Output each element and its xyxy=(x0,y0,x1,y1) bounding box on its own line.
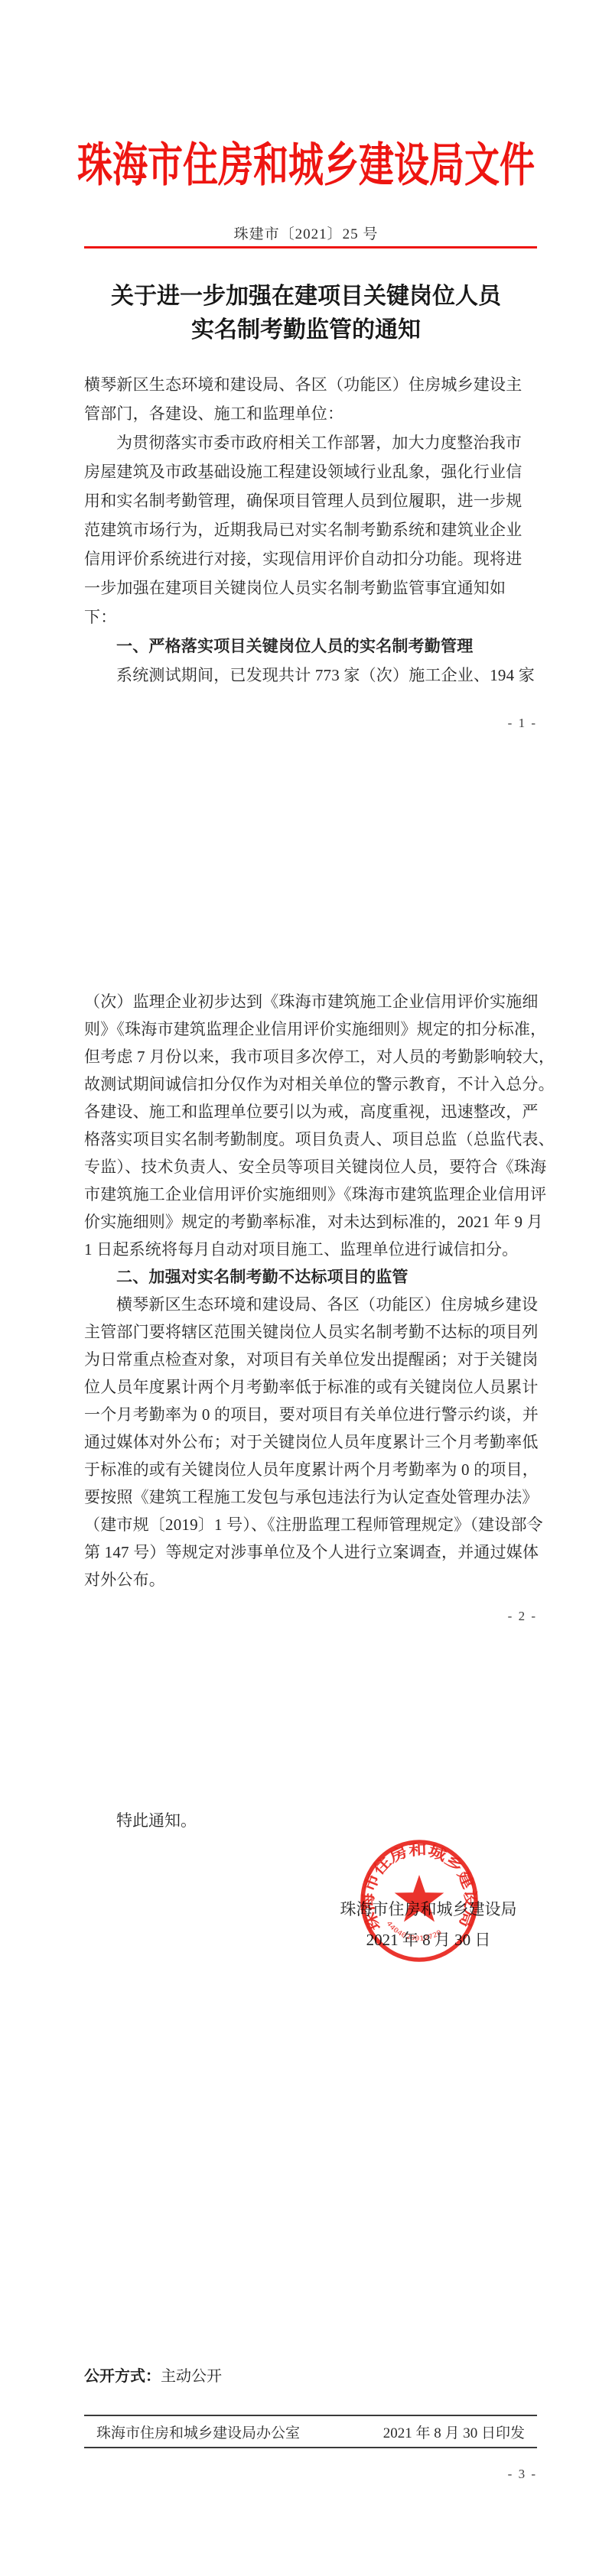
document-title-line1: 关于进一步加强在建项目关键岗位人员 xyxy=(0,280,612,313)
body-line: （次）监理企业初步达到《珠海市建筑施工企业信用评价实施细 xyxy=(84,988,537,1015)
page-number-1: - 1 - xyxy=(445,716,537,731)
document-title: 关于进一步加强在建项目关键岗位人员 实名制考勤监管的通知 xyxy=(0,280,612,347)
body-line: 管部门，各建设、施工和监理单位： xyxy=(84,399,537,428)
document-number: 珠建市〔2021〕25 号 xyxy=(0,223,612,243)
red-separator-rule xyxy=(84,246,537,249)
body-line: 但考虑 7 月份以来，我市项目多次停工，对人员的考勤影响较大， xyxy=(84,1043,537,1070)
body-line: 信用评价系统进行对接，实现信用评价自动扣分功能。现将进 xyxy=(84,544,537,573)
body-line: 价实施细则》规定的考勤率标准，对未达到标准的，2021 年 9 月 xyxy=(84,1208,537,1236)
masthead-title: 珠海市住房和城乡建设局文件 xyxy=(0,128,612,195)
body-line: 横琴新区生态环境和建设局、各区（功能区）住房城乡建设主 xyxy=(84,370,537,399)
body-line: 于标准的或有关键岗位人员年度累计两个月考勤率为 0 的项目， xyxy=(84,1456,537,1483)
official-red-seal: 珠海市住房和城乡建设局 4404020012720 xyxy=(358,1838,480,1964)
closing-line: 特此通知。 xyxy=(84,1806,537,1835)
body-line: 1 日起系统将每月自动对项目施工、监理单位进行诚信扣分。 xyxy=(84,1236,537,1263)
body-line: 格落实项目实名制考勤制度。项目负责人、项目总监（总监代表、 xyxy=(84,1126,537,1153)
seal-star-icon xyxy=(395,1875,444,1922)
section-heading-1: 一、严格落实项目关键岗位人员的实名制考勤管理 xyxy=(84,632,537,661)
body-line: 为日常重点检查对象，对项目有关单位发出提醒函；对于关键岗 xyxy=(84,1346,537,1373)
body-line: （建市规〔2019〕1 号）、《注册监理工程师管理规定》（建设部令 xyxy=(84,1511,537,1538)
body-line: 故测试期间诚信扣分仅作为对相关单位的警示教育，不计入总分。 xyxy=(84,1070,537,1098)
body-line: 为贯彻落实市委市政府相关工作部署，加大力度整治我市 xyxy=(84,428,537,457)
body-line: 主管部门要将辖区范围关键岗位人员实名制考勤不达标的项目列 xyxy=(84,1318,537,1346)
section-heading-2: 二、加强对实名制考勤不达标项目的监管 xyxy=(84,1263,537,1291)
document-title-line2: 实名制考勤监管的通知 xyxy=(0,313,612,347)
body-line: 对外公布。 xyxy=(84,1566,537,1593)
disclosure-label: 公开方式： xyxy=(84,2368,161,2385)
body-line: 各建设、施工和监理单位要引以为戒，高度重视，迅速整改，严 xyxy=(84,1098,537,1126)
disclosure-value: 主动公开 xyxy=(161,2368,222,2385)
body-line: 下： xyxy=(84,603,537,632)
page1-body: 横琴新区生态环境和建设局、各区（功能区）住房城乡建设主 管部门，各建设、施工和监… xyxy=(84,370,537,690)
page-number-3: - 3 - xyxy=(445,2467,537,2482)
page-number-2: - 2 - xyxy=(445,1609,537,1624)
body-line: 专监）、技术负责人、安全员等项目关键岗位人员，要符合《珠海 xyxy=(84,1153,537,1181)
page2-body: （次）监理企业初步达到《珠海市建筑施工企业信用评价实施细 则》《珠海市建筑监理企… xyxy=(84,988,537,1593)
body-line: 用和实名制考勤管理，确保项目管理人员到位履职，进一步规 xyxy=(84,486,537,515)
footer-print-date: 2021 年 8 月 30 日印发 xyxy=(383,2422,525,2442)
body-line: 房屋建筑及市政基础设施工程建设领域行业乱象，强化行业信 xyxy=(84,457,537,486)
body-line: 范建筑市场行为，近期我局已对实名制考勤系统和建筑业企业 xyxy=(84,515,537,544)
body-line: 横琴新区生态环境和建设局、各区（功能区）住房城乡建设 xyxy=(84,1291,537,1318)
scanned-official-document: 珠海市住房和城乡建设局文件 珠建市〔2021〕25 号 关于进一步加强在建项目关… xyxy=(0,0,612,2576)
body-line: 一个月考勤率为 0 的项目，要对项目有关单位进行警示约谈，并 xyxy=(84,1401,537,1428)
body-line: 位人员年度累计两个月考勤率低于标准的或有关键岗位人员累计 xyxy=(84,1373,537,1401)
body-line: 市建筑施工企业信用评价实施细则》《珠海市建筑监理企业信用评 xyxy=(84,1181,537,1208)
footer-office: 珠海市住房和城乡建设局办公室 xyxy=(96,2422,300,2442)
seal-code: 4404020012720 xyxy=(385,1920,444,1943)
footer-bar: 珠海市住房和城乡建设局办公室 2021 年 8 月 30 日印发 xyxy=(84,2415,537,2448)
body-line: 则》《珠海市建筑监理企业信用评价实施细则》规定的扣分标准， xyxy=(84,1015,537,1043)
body-line: 第 147 号）等规定对涉事单位及个人进行立案调查，并通过媒体 xyxy=(84,1538,537,1566)
body-line: 要按照《建筑工程施工发包与承包违法行为认定查处管理办法》 xyxy=(84,1483,537,1511)
body-line: 通过媒体对外公布；对于关键岗位人员年度累计三个月考勤率低 xyxy=(84,1428,537,1456)
seal-code-holder: 4404020012720 xyxy=(385,1920,444,1943)
disclosure-line: 公开方式：主动公开 xyxy=(84,2363,537,2386)
body-line: 系统测试期间，已发现共计 773 家（次）施工企业、194 家 xyxy=(84,661,537,690)
body-line: 一步加强在建项目关键岗位人员实名制考勤监管事宜通知如 xyxy=(84,573,537,603)
